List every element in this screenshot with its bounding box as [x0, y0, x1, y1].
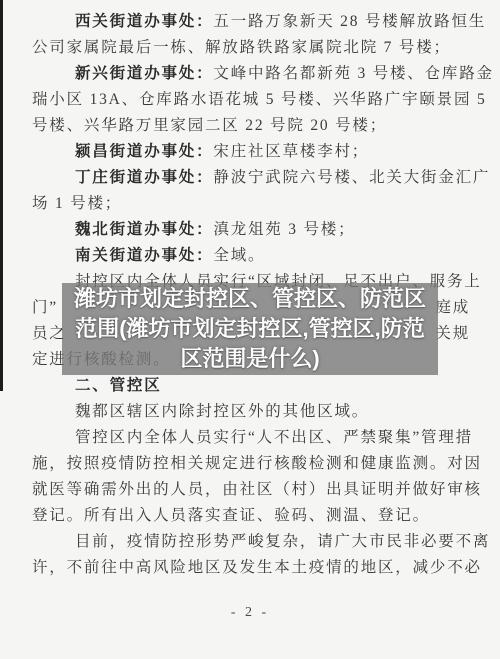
document-line: 魏北街道办事处：滇龙俎苑 3 号楼；	[32, 220, 500, 240]
document-line: 丁庄街道办事处：静波宁武院六号楼、北关大街金汇广	[32, 168, 500, 188]
line-text: 文峰中路名都新苑 3 号楼、仓库路金	[213, 65, 493, 82]
section-label: 丁庄街道办事处：	[75, 169, 213, 186]
line-text: 许，不前往中高风险地区及发生本土疫情的地区，减少不必	[32, 559, 482, 576]
title-overlay-banner: 潍坊市划定封控区、管控区、防范区 范围(潍坊市划定封控区,管控区,防范 区范围是…	[62, 283, 438, 375]
document-page: 西关街道办事处：五一路万象新天 28 号楼解放路恒生公司家属院最后一栋、解放路铁…	[0, 0, 500, 659]
section-label: 魏北街道办事处：	[75, 221, 213, 238]
section-label: 二、管控区	[75, 377, 162, 394]
line-fragment-left: 门”	[32, 298, 58, 318]
section-label: 新兴街道办事处：	[75, 65, 213, 82]
overlay-title-line: 范围(潍坊市划定封控区,管控区,防范	[75, 314, 425, 344]
document-line: 瑞小区 13A、仓库路水语花城 5 号楼、兴华路广宇颐景园 5	[32, 90, 470, 110]
line-text: 管控区内全体人员实行“人不出区、严禁聚集”管理措	[75, 429, 473, 446]
document-line: 登记。所有出入人员落实查证、验码、测温、登记。	[32, 506, 470, 526]
overlay-title-line: 区范围是什么)	[180, 344, 319, 374]
line-text: 目前，疫情防控形势严峻复杂，请广大市民非必要不离	[75, 533, 490, 550]
document-line: 许，不前往中高风险地区及发生本土疫情的地区，减少不必	[32, 558, 470, 578]
section-label: 南关街道办事处：	[75, 247, 213, 264]
document-line: 管控区内全体人员实行“人不出区、严禁聚集”管理措	[32, 428, 500, 448]
document-line: 号楼、兴华路万里家园二区 22 号院 20 号楼；	[32, 116, 470, 136]
line-text: 场 1 号楼；	[32, 195, 122, 212]
document-line: 南关街道办事处：全域。	[32, 246, 500, 266]
document-line: 公司家属院最后一栋、解放路铁路家属院北院 7 号楼；	[32, 38, 470, 58]
line-fragment-right: 关规	[435, 324, 470, 344]
line-text: 登记。所有出入人员落实查证、验码、测温、登记。	[32, 507, 430, 524]
page-number: - 2 -	[0, 605, 500, 621]
line-text: 全域。	[213, 247, 265, 264]
document-line: 就医等确需外出的人员，由社区（村）出具证明并做好审核	[32, 480, 470, 500]
line-text: 公司家属院最后一栋、解放路铁路家属院北院 7 号楼；	[32, 39, 451, 56]
document-line: 施，按照疫情防控相关规定进行核酸检测和健康监测。对因	[32, 454, 470, 474]
document-line: 场 1 号楼；	[32, 194, 470, 214]
line-text: 瑞小区 13A、仓库路水语花城 5 号楼、兴华路广宇颐景园 5	[32, 91, 487, 108]
line-text: 静波宁武院六号楼、北关大街金汇广	[213, 169, 490, 186]
line-text: 滇龙俎苑 3 号楼；	[213, 221, 355, 238]
document-line: 目前，疫情防控形势严峻复杂，请广大市民非必要不离	[32, 532, 500, 552]
document-line: 新兴街道办事处：文峰中路名都新苑 3 号楼、仓库路金	[32, 64, 500, 84]
line-text: 魏都区辖区内除封控区外的其他区域。	[75, 403, 369, 420]
line-text: 号楼、兴华路万里家园二区 22 号院 20 号楼；	[32, 117, 387, 134]
section-label: 西关街道办事处：	[75, 13, 213, 30]
line-text: 施，按照疫情防控相关规定进行核酸检测和健康监测。对因	[32, 455, 482, 472]
document-line: 二、管控区	[32, 376, 500, 396]
line-text: 宋庄社区草楼李村；	[213, 143, 369, 160]
document-line: 西关街道办事处：五一路万象新天 28 号楼解放路恒生	[32, 12, 500, 32]
overlay-title-line: 潍坊市划定封控区、管控区、防范区	[74, 284, 426, 314]
document-line: 颍昌街道办事处：宋庄社区草楼李村；	[32, 142, 500, 162]
line-fragment-right: 庭成	[435, 298, 470, 318]
section-label: 颍昌街道办事处：	[75, 143, 213, 160]
line-text: 五一路万象新天 28 号楼解放路恒生	[213, 13, 486, 30]
line-text: 就医等确需外出的人员，由社区（村）出具证明并做好审核	[32, 481, 482, 498]
document-line: 魏都区辖区内除封控区外的其他区域。	[32, 402, 500, 422]
